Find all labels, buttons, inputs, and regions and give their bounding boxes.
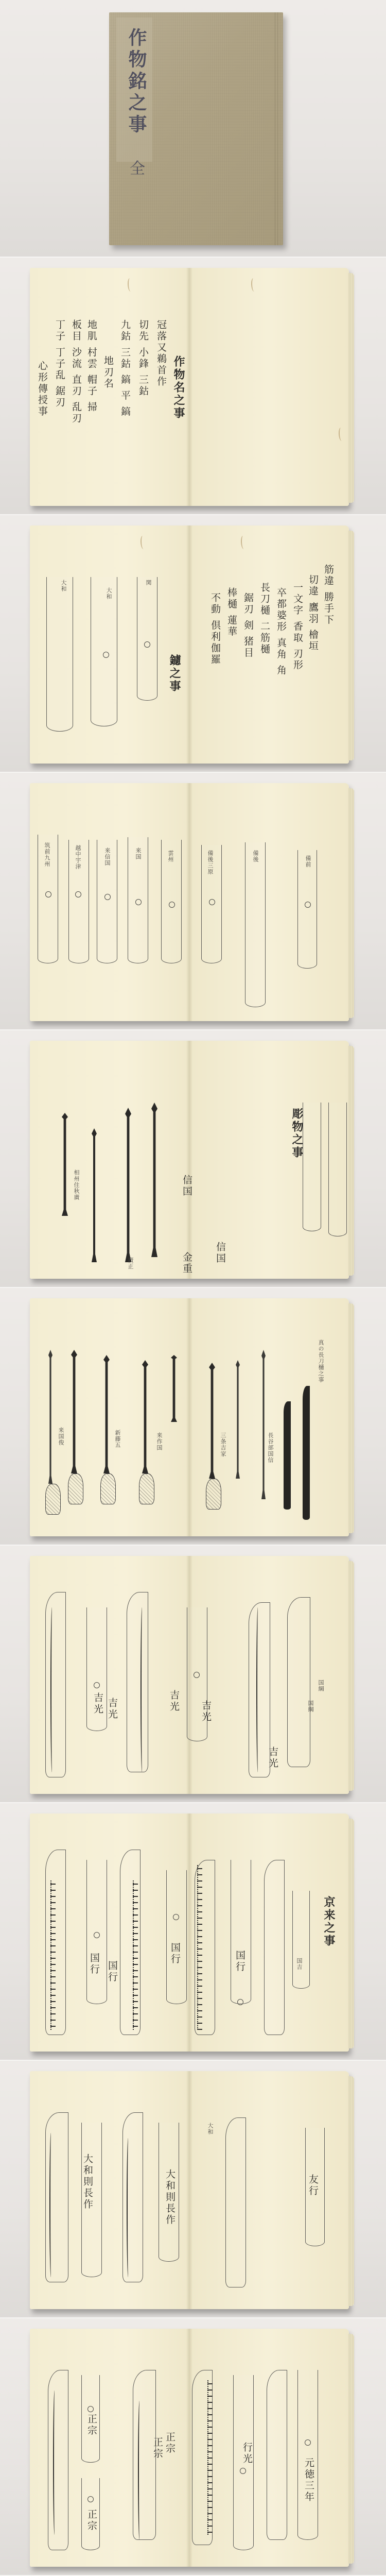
caption: 信国 (182, 1175, 191, 1197)
page-stack-edge (348, 1561, 354, 1791)
page-stack-edge (348, 273, 354, 503)
signature: 国吉 (296, 1958, 302, 1970)
tang-drawing (328, 1103, 347, 1236)
tang-drawing (245, 842, 266, 1007)
caption: 新藤五 (115, 1430, 120, 1448)
tang-drawing (137, 577, 157, 701)
photo-spread-engravings: 彫物之事 相州住秋廣 廣正 信国 金重 信国 金重 (0, 1030, 386, 1288)
open-book-spread: 正宗 正宗 正宗 正宗 行光 元徳三年 (30, 2329, 349, 2567)
signature: 吉光 (93, 1692, 102, 1715)
signature: 吉光 (169, 1690, 179, 1713)
tang-drawing (297, 2370, 318, 2540)
hilt-drawing (100, 1473, 116, 1504)
open-book-spread: 大和 大和 関 鑢之事 筋違 勝手下 切違 鷹羽 檜垣 一文字 香取 刃形 卒都… (30, 526, 349, 764)
open-book-spread: 吉光 吉光 吉光 吉光 吉光 国綱 国綱 (30, 1556, 349, 1794)
ken-sword-drawing (103, 1355, 110, 1473)
blade-label: 筑前九州 (44, 842, 50, 867)
worm-stain (339, 428, 344, 441)
worm-stain (141, 536, 146, 549)
curved-blade-drawing (303, 1386, 310, 1520)
hamon-line (138, 2401, 141, 2540)
blade-drawing (264, 1860, 285, 2035)
tang-drawing (303, 1103, 321, 1231)
signature: 吉光 (107, 1698, 117, 1720)
text-column: 心形傳授事 (37, 361, 47, 417)
peg-hole (209, 899, 215, 905)
signature: 正宗 (165, 2432, 174, 2454)
peg-hole (144, 641, 150, 648)
signature: 吉光 (268, 1747, 277, 1769)
signature: 国行 (89, 1953, 99, 1975)
photo-spread-kuniyuki: 国行 国行 国行 国行 国吉 京来之事 (0, 1803, 386, 2061)
blade-label: 来国 (135, 848, 141, 860)
signature: 正宗 (152, 2437, 162, 2460)
blade-label: 大和 (61, 580, 66, 592)
signature: 国行 (107, 1960, 117, 1983)
curved-blade-drawing (284, 1401, 291, 1510)
book-cover: 作物銘之事 全 (109, 12, 283, 245)
caption: 来国俊 (58, 1427, 64, 1446)
hamon-line (127, 2138, 130, 2277)
peg-hole (194, 1672, 200, 1678)
hamon-line (49, 2133, 52, 2277)
text-column: 鋸刃 剣 猪目 (243, 592, 253, 658)
hamon-line (207, 2380, 213, 2535)
blade-drawing (127, 1592, 148, 1772)
hamon-line (50, 1880, 56, 2030)
caption: 来作国 (156, 1432, 162, 1451)
hamon-line (50, 1607, 54, 1772)
text-column: 不動 倶利伽羅 (210, 592, 220, 665)
dragon-engraving (151, 1103, 157, 1257)
caption: 長谷部国信 (268, 1432, 273, 1463)
page-stack-edge (348, 788, 354, 1018)
blade-label: 備後 (253, 850, 258, 862)
blade-label: 大和 (106, 587, 112, 600)
caption: 相州住秋廣 (74, 1170, 79, 1200)
hilt-drawing (68, 1473, 83, 1504)
text-column: 地刃名 (103, 355, 113, 389)
photo-spread-ken-swords: 三条吉家 長谷部国信 来作国 新藤五 来国俊 真の長刀樋之事 (0, 1288, 386, 1546)
hamon-line (256, 1607, 259, 1772)
page-stack-edge (348, 1303, 354, 1533)
signature: 国綱 (318, 1680, 324, 1692)
section-heading: 真の長刀樋之事 (318, 1340, 324, 1383)
tang-drawing (46, 577, 73, 732)
hamon-line (197, 1865, 202, 2030)
text-column: 長刀樋 二筋樋 (259, 582, 269, 655)
hilt-drawing (139, 1473, 154, 1504)
signature: 大和則長作 (82, 2154, 92, 2210)
signature: 吉光 (201, 1700, 210, 1723)
caption: 信国 (215, 1242, 225, 1264)
ken-sword-drawing (71, 1350, 77, 1473)
peg-hole (240, 2468, 246, 2474)
dragon-engraving (125, 1108, 131, 1262)
signature: 大和則長作 (165, 2169, 174, 2226)
text-column: 切先 小鋒 三鈷 (138, 319, 148, 397)
hamon-line (141, 1607, 144, 1772)
peg-hole (104, 894, 111, 900)
text-column: 卒都婆形 真角 角 (276, 587, 286, 676)
ken-sword-drawing (142, 1360, 148, 1473)
signature: 国綱 (308, 1700, 313, 1713)
ken-sword-drawing (171, 1355, 177, 1422)
photo-spread-yoshimitsu: 吉光 吉光 吉光 吉光 吉光 国綱 国綱 (0, 1546, 386, 1803)
text-column: 九鈷 三鈷 鎬 平 鎬 (120, 319, 130, 417)
blade-drawing (45, 1592, 66, 1777)
page-heading: 作物名之事 (173, 355, 184, 420)
peg-hole (305, 902, 311, 908)
text-column: 一文字 香取 刃形 (292, 582, 302, 671)
hilt-drawing (45, 1484, 61, 1515)
signature: 国行 (170, 1942, 180, 1965)
blade-drawing (267, 2370, 287, 2540)
peg-hole (173, 1914, 179, 1920)
open-book-spread: 作物名之事 冠落又鵜首作 切先 小鋒 三鈷 九鈷 三鈷 鎬 平 鎬 地刃名 地肌… (30, 268, 349, 506)
peg-hole (103, 652, 109, 658)
blade-label: 雲州 (168, 850, 173, 862)
photo-spread-glossary: 作物名之事 冠落又鵜首作 切先 小鋒 三鈷 九鈷 三鈷 鎬 平 鎬 地刃名 地肌… (0, 258, 386, 515)
signature: 元徳三年 (304, 2458, 313, 2503)
blade-drawing (225, 2117, 246, 2287)
dragon-engraving (62, 1113, 68, 1216)
ken-sword-drawing (261, 1350, 266, 1499)
text-column: 棒樋 蓮華 (226, 587, 236, 637)
peg-hole (169, 902, 175, 908)
peg-hole (135, 899, 142, 905)
tang-drawing (292, 1891, 310, 1989)
tang-drawing (166, 1870, 187, 2004)
worm-stain (128, 278, 133, 292)
blade-drawing (45, 2112, 68, 2282)
tang-drawing (297, 850, 317, 969)
blade-drawing (287, 1597, 310, 1767)
peg-hole (87, 2406, 94, 2412)
caption: 三条吉家 (220, 1432, 226, 1457)
page-stack-edge (348, 2334, 354, 2564)
blade-label: 備後三原 (207, 850, 213, 875)
signature: 正宗 (86, 2414, 96, 2436)
ken-sword-drawing (209, 1363, 215, 1479)
text-column: 地肌 村雲 帽子 掃 (86, 319, 96, 413)
open-book-spread: 彫物之事 相州住秋廣 廣正 信国 金重 信国 金重 (30, 1041, 349, 1279)
ken-engraving (92, 1128, 97, 1262)
signature: 行光 (242, 2442, 252, 2465)
section-heading: 京来之事 (323, 1896, 335, 1947)
blade-label: 来信国 (104, 848, 110, 866)
photo-cover: 作物銘之事 全 (0, 0, 386, 258)
hamon-line (133, 1880, 138, 2030)
section-heading: 大和 (207, 2123, 213, 2135)
open-book-spread: 国行 国行 国行 国行 国吉 京来之事 (30, 1814, 349, 2052)
signature: 国行 (235, 1950, 244, 1973)
hamon-line (53, 2391, 56, 2535)
blade-label: 備前 (305, 855, 311, 868)
ken-sword-drawing (236, 1360, 240, 1479)
blade-drawing (48, 2370, 68, 2550)
product-photo-gallery: 作物銘之事 全 作物名之事 冠落又鵜首作 切先 小鋒 三鈷 九鈷 三鈷 鎬 平 … (0, 0, 386, 2576)
text-column: 筋違 勝手下 (323, 564, 333, 625)
peg-hole (94, 1682, 100, 1688)
blade-label: 関 (146, 580, 151, 586)
text-column: 冠落又鵜首作 (156, 319, 166, 387)
signature: 正宗 (86, 2509, 96, 2532)
photo-spread-masamune: 正宗 正宗 正宗 正宗 行光 元徳三年 (0, 2318, 386, 2576)
peg-hole (87, 2496, 94, 2502)
section-heading: 彫物之事 (291, 1108, 303, 1159)
caption: 金重 (182, 1252, 191, 1275)
text-column: 丁子 丁子乱 鋸刃 (55, 319, 64, 408)
ken-sword-drawing (48, 1350, 52, 1484)
hilt-drawing (206, 1479, 221, 1510)
peg-hole (237, 1999, 243, 2005)
page-stack-edge (348, 1046, 354, 1276)
peg-hole (94, 1932, 100, 1938)
section-heading: 鑢之事 (169, 654, 180, 693)
blade-label: 越中宇津 (75, 845, 81, 870)
peg-hole (305, 2439, 311, 2446)
worm-stain (241, 536, 246, 549)
open-book-spread: 大和則長作 大和則長作 友行 大和 (30, 2071, 349, 2309)
peg-hole (75, 891, 81, 897)
signature: 友行 (308, 2174, 318, 2197)
blade-drawing (122, 2112, 143, 2282)
open-book-spread: 備前 備後 備後三原 雲州 来国 来信国 越中宇津 筑前九州 (30, 783, 349, 1021)
cover-volume-mark: 全 (130, 156, 145, 178)
binding-edge (275, 12, 278, 245)
photo-spread-tang-drawings: 備前 備後 備後三原 雲州 来国 来信国 越中宇津 筑前九州 (0, 773, 386, 1030)
page-stack-edge (348, 2076, 354, 2306)
page-stack-edge (348, 531, 354, 760)
tang-drawing (231, 1860, 251, 2004)
page-stack-edge (348, 1819, 354, 2048)
open-book-spread: 三条吉家 長谷部国信 来作国 新藤五 来国俊 真の長刀樋之事 (30, 1298, 349, 1536)
blade-drawing (45, 1850, 66, 2035)
photo-spread-tang-names: 大和 大和 関 鑢之事 筋違 勝手下 切違 鷹羽 檜垣 一文字 香取 刃形 卒都… (0, 515, 386, 773)
text-column: 板目 沙流 直刃 乱刃 (71, 319, 81, 424)
caption: 廣正 (128, 1257, 133, 1269)
worm-stain (251, 278, 256, 292)
text-column: 切違 鷹羽 檜垣 (308, 574, 318, 652)
peg-hole (45, 891, 51, 897)
photo-spread-yamato: 大和則長作 大和則長作 友行 大和 (0, 2061, 386, 2318)
cover-title: 作物銘之事 (124, 28, 150, 136)
